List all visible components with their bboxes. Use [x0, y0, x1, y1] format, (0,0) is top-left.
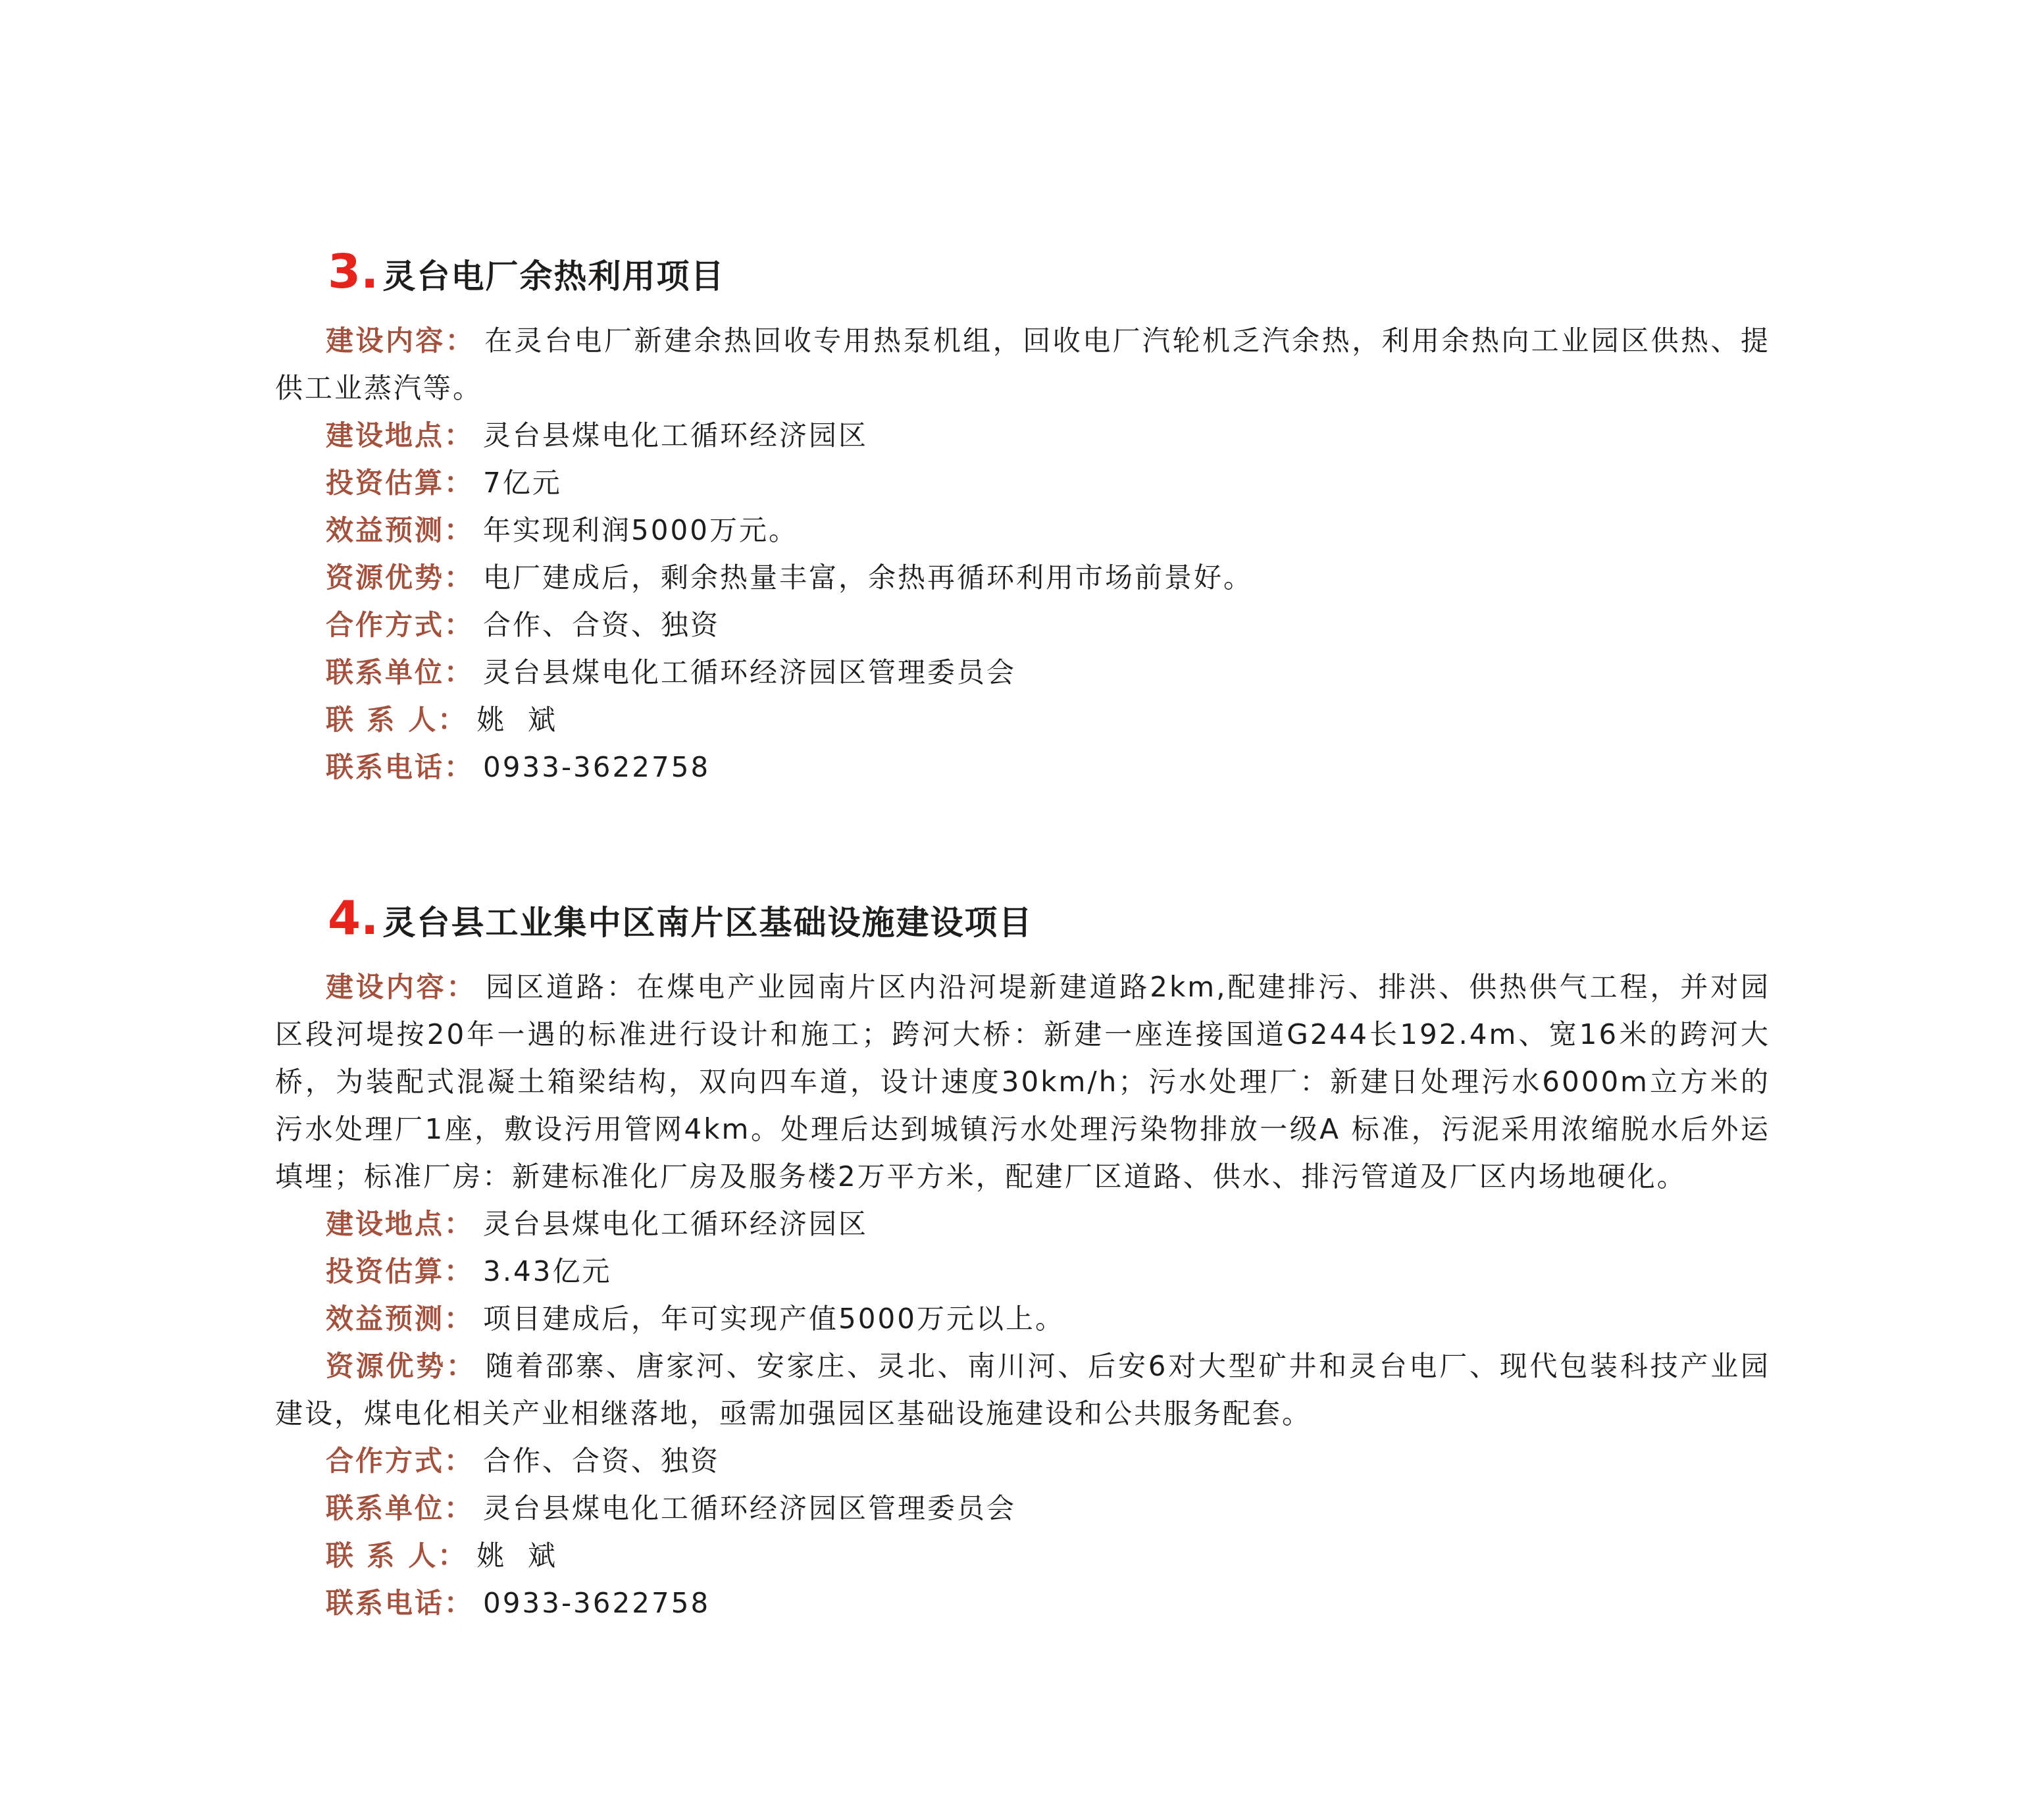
field-label: 联系电话： [326, 751, 474, 783]
field-row-cooperation: 合作方式：合作、合资、独资 [275, 602, 1770, 649]
field-label: 联系电话： [326, 1587, 474, 1619]
field-value: 随着邵寨、唐家河、安家庄、灵北、南川河、后安6对大型矿井和灵台电厂、现代包装科技… [275, 1350, 1770, 1430]
field-value: 姚 斌 [476, 1539, 557, 1572]
section-4-content-paragraph: 建设内容：园区道路：在煤电产业园南片区内沿河堤新建道路2km,配建排污、排洪、供… [275, 964, 1770, 1201]
field-value: 在灵台电厂新建余热回收专用热泵机组，回收电厂汽轮机乏汽余热，利用余热向工业园区供… [275, 324, 1770, 404]
field-value: 7亿元 [483, 467, 562, 499]
page-content: 3.灵台电厂余热利用项目 建设内容：在灵台电厂新建余热回收专用热泵机组，回收电厂… [275, 245, 1770, 1627]
field-value: 0933-3622758 [483, 751, 710, 783]
field-label: 效益预测： [326, 514, 474, 546]
field-value: 电厂建成后，剩余热量丰富，余热再循环利用市场前景好。 [483, 561, 1253, 594]
field-row-benefit: 效益预测：项目建成后，年可实现产值5000万元以上。 [275, 1295, 1770, 1343]
section-4-title: 4.灵台县工业集中区南片区基础设施建设项目 [275, 891, 1770, 949]
field-label: 合作方式： [326, 609, 474, 641]
section-4-number: 4. [328, 890, 378, 945]
project-section-3: 3.灵台电厂余热利用项目 建设内容：在灵台电厂新建余热回收专用热泵机组，回收电厂… [275, 245, 1770, 791]
field-value: 3.43亿元 [483, 1255, 612, 1287]
document-page: { "document": { "background": "#ffffff",… [0, 0, 2044, 1810]
field-value: 0933-3622758 [483, 1587, 710, 1619]
project-section-4: 4.灵台县工业集中区南片区基础设施建设项目 建设内容：园区道路：在煤电产业园南片… [275, 891, 1770, 1627]
field-label: 联 系 人： [326, 704, 467, 736]
field-label: 联系单位： [326, 1492, 474, 1524]
field-label: 资源优势： [326, 1350, 476, 1382]
field-label: 投资估算： [326, 467, 474, 499]
field-row-location: 建设地点：灵台县煤电化工循环经济园区 [275, 412, 1770, 459]
field-label: 联 系 人： [326, 1539, 467, 1572]
field-row-contact-unit: 联系单位：灵台县煤电化工循环经济园区管理委员会 [275, 649, 1770, 696]
field-row-investment: 投资估算：7亿元 [275, 459, 1770, 507]
field-value: 项目建成后，年可实现产值5000万元以上。 [483, 1303, 1065, 1335]
section-3-title: 3.灵台电厂余热利用项目 [275, 245, 1770, 303]
field-value: 合作、合资、独资 [483, 609, 720, 641]
field-value: 姚 斌 [476, 704, 557, 736]
field-row-investment: 投资估算：3.43亿元 [275, 1248, 1770, 1295]
section-3-number: 3. [328, 244, 378, 299]
field-label: 合作方式： [326, 1445, 474, 1477]
field-row-advantage: 资源优势：随着邵寨、唐家河、安家庄、灵北、南川河、后安6对大型矿井和灵台电厂、现… [275, 1343, 1770, 1437]
field-value: 年实现利润5000万元。 [483, 514, 798, 546]
field-value: 灵台县煤电化工循环经济园区管理委员会 [483, 656, 1016, 688]
field-row-contact-unit: 联系单位：灵台县煤电化工循环经济园区管理委员会 [275, 1485, 1770, 1532]
field-row-location: 建设地点：灵台县煤电化工循环经济园区 [275, 1201, 1770, 1248]
field-row-advantage: 资源优势：电厂建成后，剩余热量丰富，余热再循环利用市场前景好。 [275, 554, 1770, 602]
field-row-contact-phone: 联系电话：0933-3622758 [275, 1580, 1770, 1627]
field-value: 合作、合资、独资 [483, 1445, 720, 1477]
field-label: 效益预测： [326, 1303, 474, 1335]
field-label: 建设地点： [326, 1208, 474, 1240]
field-value: 灵台县煤电化工循环经济园区管理委员会 [483, 1492, 1016, 1524]
section-3-content-paragraph: 建设内容：在灵台电厂新建余热回收专用热泵机组，回收电厂汽轮机乏汽余热，利用余热向… [275, 317, 1770, 412]
field-row-contact-person: 联 系 人：姚 斌 [275, 1532, 1770, 1580]
field-value: 灵台县煤电化工循环经济园区 [483, 1208, 868, 1240]
section-3-title-text: 灵台电厂余热利用项目 [382, 257, 725, 296]
field-label: 建设地点： [326, 419, 474, 452]
field-value: 灵台县煤电化工循环经济园区 [483, 419, 868, 452]
field-row-contact-phone: 联系电话：0933-3622758 [275, 744, 1770, 791]
field-row-cooperation: 合作方式：合作、合资、独资 [275, 1437, 1770, 1485]
field-row-benefit: 效益预测：年实现利润5000万元。 [275, 507, 1770, 554]
field-label: 建设内容： [326, 971, 476, 1003]
field-row-contact-person: 联 系 人：姚 斌 [275, 696, 1770, 744]
field-label: 资源优势： [326, 561, 474, 594]
field-value: 园区道路：在煤电产业园南片区内沿河堤新建道路2km,配建排污、排洪、供热供气工程… [275, 971, 1770, 1193]
field-label: 投资估算： [326, 1255, 474, 1287]
field-label: 建设内容： [326, 324, 475, 357]
section-4-title-text: 灵台县工业集中区南片区基础设施建设项目 [382, 904, 1033, 942]
field-label: 联系单位： [326, 656, 474, 688]
